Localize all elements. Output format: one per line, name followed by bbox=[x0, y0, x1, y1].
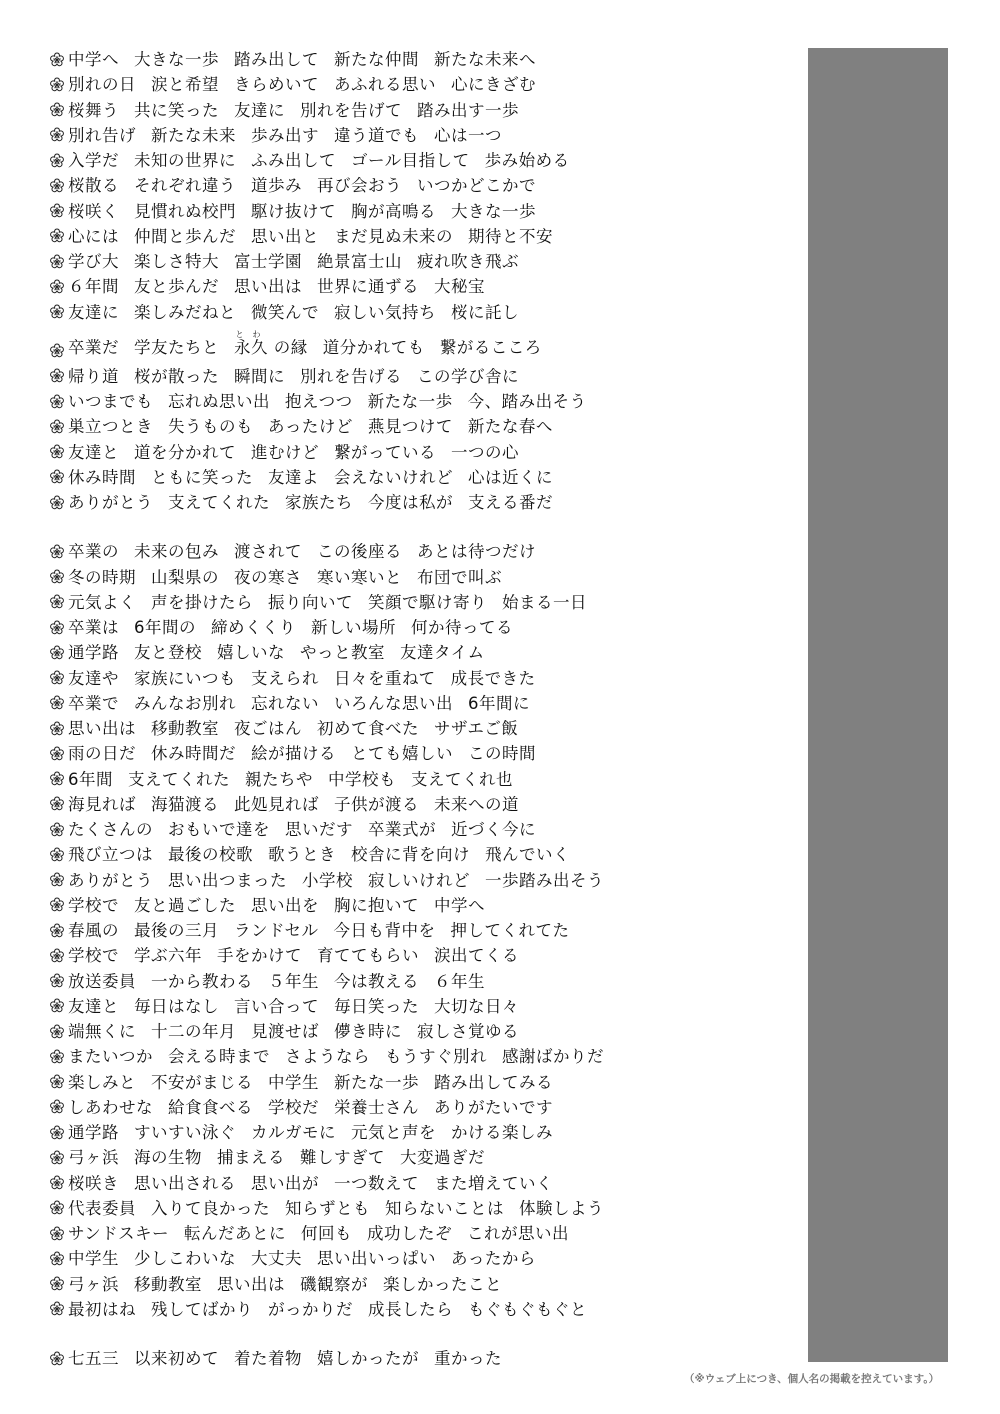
poem-segment: 卒業の bbox=[68, 539, 119, 564]
sakura-flower-icon bbox=[48, 443, 66, 461]
poem-segment: 海猫渡る bbox=[151, 792, 219, 817]
sakura-flower-icon bbox=[48, 101, 66, 119]
poem-segment: 帰り道 bbox=[68, 364, 119, 389]
poem-segment: 絶景富士山 bbox=[317, 249, 402, 274]
poem-line: 七五三以来初めて着た着物嬉しかったが重かった bbox=[48, 1346, 788, 1371]
poem-segment: 一歩踏み出そう bbox=[485, 868, 604, 893]
poem-segment: それぞれ違う bbox=[134, 173, 236, 198]
poem-segment: 大きな一歩 bbox=[451, 199, 536, 224]
poem-segment: 6年間 bbox=[68, 767, 113, 792]
poem-segment: ありがとう bbox=[68, 868, 153, 893]
poem-segment: 育ててもらい bbox=[317, 943, 419, 968]
poem-segment: 手をかけて bbox=[217, 943, 302, 968]
poem-segment: 桜咲く bbox=[68, 199, 119, 224]
poem-segment: 栄養士さん bbox=[334, 1095, 419, 1120]
poem-segment: 学び大 bbox=[68, 249, 119, 274]
poem-line: 桜咲く見慣れぬ校門駆け抜けて胸が高鳴る大きな一歩 bbox=[48, 199, 788, 224]
poem-segment: あとは待つだけ bbox=[417, 539, 536, 564]
sakura-flower-icon bbox=[48, 393, 66, 411]
poem-segment: 道分かれても bbox=[323, 331, 425, 364]
poem-line: ありがとう思い出つまった小学校寂しいけれど一歩踏み出そう bbox=[48, 868, 788, 893]
poem-segment: 笑顔で駆け寄り bbox=[368, 590, 487, 615]
poem-segment: 瞬間に bbox=[234, 364, 285, 389]
sakura-flower-icon bbox=[48, 338, 66, 356]
poem-segment: また増えていく bbox=[434, 1171, 553, 1196]
poem-segment: 進むけど bbox=[251, 440, 319, 465]
poem-segment: 入学だ bbox=[68, 148, 119, 173]
poem-line: ６年間友と歩んだ思い出は世界に通ずる大秘宝 bbox=[48, 274, 788, 299]
poem-segment: 別れの日 bbox=[68, 72, 136, 97]
poem-line: 中学生少しこわいな大丈夫思い出いっぱいあったから bbox=[48, 1246, 788, 1271]
sakura-flower-icon bbox=[48, 720, 66, 738]
poem-segment: 未来の包み bbox=[134, 539, 219, 564]
poem-segment: 夜の寒さ bbox=[234, 565, 302, 590]
poem-segment: 何か待ってる bbox=[411, 615, 513, 640]
ruby-suffix: の縁 bbox=[274, 338, 308, 357]
poem-segment: 心は近くに bbox=[468, 465, 553, 490]
poem-segment: 言い合って bbox=[234, 994, 319, 1019]
poem-line-ruby: 卒業だ 学友たちと 永久とわ の縁 道分かれても 繋がるこころ bbox=[48, 325, 788, 364]
poem-line: 通学路すいすい泳ぐカルガモに元気と声をかける楽しみ bbox=[48, 1120, 788, 1145]
poem-segment: しあわせな bbox=[68, 1095, 153, 1120]
sakura-flower-icon bbox=[48, 972, 66, 990]
poem-segment: もぐもぐもぐと bbox=[468, 1297, 587, 1322]
poem-segment: 桜舞う bbox=[68, 98, 119, 123]
poem-segment: とても嬉しい bbox=[351, 741, 453, 766]
poem-segment: 移動教室 bbox=[134, 1272, 202, 1297]
poem-line: 飛び立つは最後の校歌歌うとき校舎に背を向け飛んでいく bbox=[48, 842, 788, 867]
poem-segment: 着た着物 bbox=[234, 1346, 302, 1371]
poem-segment: 家族にいつも bbox=[134, 666, 236, 691]
poem-line: 放送委員一から教わる５年生今は教える６年生 bbox=[48, 969, 788, 994]
sakura-flower-icon bbox=[48, 795, 66, 813]
poem-line: 桜咲き思い出される思い出が一つ数えてまた増えていく bbox=[48, 1171, 788, 1196]
poem-segment: 家族たち bbox=[285, 490, 353, 515]
sakura-flower-icon bbox=[48, 1250, 66, 1268]
poem-segment: 捕まえる bbox=[217, 1145, 285, 1170]
poem-segment: 燕見つけて bbox=[368, 414, 453, 439]
poem-segment: 見渡せば bbox=[251, 1019, 319, 1044]
poem-segment: 富士学園 bbox=[234, 249, 302, 274]
poem-segment: この学び舎に bbox=[417, 364, 519, 389]
poem-segment: 重かった bbox=[434, 1346, 502, 1371]
sakura-flower-icon bbox=[48, 51, 66, 69]
poem-segment: 一つの心 bbox=[451, 440, 519, 465]
poem-segment: 見慣れぬ校門 bbox=[134, 199, 236, 224]
poem-segment: 違う道でも bbox=[334, 123, 419, 148]
poem-line: 思い出は移動教室夜ごはん初めて食べたサザエご飯 bbox=[48, 716, 788, 741]
poem-segment: 最初はね bbox=[68, 1297, 136, 1322]
poem-line: しあわせな給食食べる学校だ栄養士さんありがたいです bbox=[48, 1095, 788, 1120]
poem-segment: 毎日はなし bbox=[134, 994, 219, 1019]
poem-line: 友達や家族にいつも支えられ日々を重ねて成長できた bbox=[48, 666, 788, 691]
poem-segment: 元気と声を bbox=[351, 1120, 436, 1145]
poem-segment: 別れを告げて bbox=[300, 98, 402, 123]
poem-segment: 毎日笑った bbox=[334, 994, 419, 1019]
poem-segment: 冬の時期 bbox=[68, 565, 136, 590]
poem-segment: 学ぶ六年 bbox=[134, 943, 202, 968]
poem-line: 別れの日涙と希望きらめいてあふれる思い心にきざむ bbox=[48, 72, 788, 97]
poem-segment: 新しい場所 bbox=[311, 615, 396, 640]
poem-segment: 少しこわいな bbox=[134, 1246, 236, 1271]
poem-segment: 新たな仲間 bbox=[334, 47, 419, 72]
poem-segment: 再び会おう bbox=[317, 173, 402, 198]
poem-line: 学校で友と過ごした思い出を胸に抱いて中学へ bbox=[48, 893, 788, 918]
poem-segment: 七五三 bbox=[68, 1346, 119, 1371]
poem-line: たくさんのおもいで達を思いだす卒業式が近づく今に bbox=[48, 817, 788, 842]
sakura-flower-icon bbox=[48, 1174, 66, 1192]
poem-segment: 今、踏み出そう bbox=[468, 389, 587, 414]
poem-line: 桜舞う共に笑った友達に別れを告げて踏み出す一歩 bbox=[48, 98, 788, 123]
poem-segment: 心にきざむ bbox=[451, 72, 536, 97]
poem-segment: がっかりだ bbox=[268, 1297, 353, 1322]
poem-segment: この後座る bbox=[317, 539, 402, 564]
poem-segment: 最後の三月 bbox=[134, 918, 219, 943]
poem-segment: 始まる一日 bbox=[502, 590, 587, 615]
sakura-flower-icon bbox=[48, 871, 66, 889]
poem-segment: 中学へ bbox=[68, 47, 119, 72]
sakura-flower-icon bbox=[48, 468, 66, 486]
poem-line: 入学だ未知の世界にふみ出してゴール目指して歩み始める bbox=[48, 148, 788, 173]
sakura-flower-icon bbox=[48, 947, 66, 965]
poem-line: 休み時間ともに笑った友達よ会えないけれど心は近くに bbox=[48, 465, 788, 490]
sakura-flower-icon bbox=[48, 1073, 66, 1091]
block-spacer bbox=[48, 515, 788, 539]
poem-segment: きらめいて bbox=[234, 72, 319, 97]
poem-line: 代表委員入りて良かった知らずとも知らないことは体験しよう bbox=[48, 1196, 788, 1221]
poem-segment: またいつか bbox=[68, 1044, 153, 1069]
poem-segment: 未来への道 bbox=[434, 792, 519, 817]
sakura-flower-icon bbox=[48, 1023, 66, 1041]
poem-segment: 失うものも bbox=[168, 414, 253, 439]
poem-segment: 今度は私が bbox=[368, 490, 453, 515]
poem-segment: 思い出が bbox=[251, 1171, 319, 1196]
poem-segment: 磯観察が bbox=[300, 1272, 368, 1297]
poem-segment: 桜が散った bbox=[134, 364, 219, 389]
poem-segment: ６年生 bbox=[434, 969, 485, 994]
poem-line: 元気よく声を掛けたら振り向いて笑顔で駆け寄り始まる一日 bbox=[48, 590, 788, 615]
poem-segment: 大きな一歩 bbox=[134, 47, 219, 72]
sakura-flower-icon bbox=[48, 418, 66, 436]
poem-segment: 大秘宝 bbox=[434, 274, 485, 299]
poem-segment: サザエご飯 bbox=[434, 716, 518, 741]
poem-segment: 友と登校 bbox=[134, 640, 202, 665]
poem-segment: これが思い出 bbox=[467, 1221, 569, 1246]
poem-segment: 山梨県の bbox=[151, 565, 219, 590]
poem-segment: ありがたいです bbox=[434, 1095, 553, 1120]
poem-line: 卒業の未来の包み渡されてこの後座るあとは待つだけ bbox=[48, 539, 788, 564]
sakura-flower-icon bbox=[48, 669, 66, 687]
poem-line: サンドスキー転んだあとに何回も成功したぞこれが思い出 bbox=[48, 1221, 788, 1246]
poem-segment: 友達と bbox=[68, 440, 119, 465]
poem-line: 冬の時期山梨県の夜の寒さ寒い寒いと布団で叫ぶ bbox=[48, 565, 788, 590]
poem-segment: 思い出は bbox=[68, 716, 136, 741]
poem-segment: 一から教わる bbox=[151, 969, 253, 994]
poem-segment: 海の生物 bbox=[134, 1145, 202, 1170]
poem-segment: 会えないけれど bbox=[334, 465, 453, 490]
poem-segment: ５年生 bbox=[268, 969, 319, 994]
sakura-flower-icon bbox=[48, 997, 66, 1015]
poem-segment: 涙出てくる bbox=[434, 943, 519, 968]
sakura-flower-icon bbox=[48, 568, 66, 586]
poem-line: 桜散るそれぞれ違う道歩み再び会おういつかどこかで bbox=[48, 173, 788, 198]
poem-segment: 何回も bbox=[301, 1221, 352, 1246]
poem-segment: 学校で bbox=[68, 893, 119, 918]
poem-line: ありがとう支えてくれた家族たち今度は私が支える番だ bbox=[48, 490, 788, 515]
poem-segment: ランドセル bbox=[234, 918, 319, 943]
poem-line: 中学へ大きな一歩踏み出して新たな仲間新たな未来へ bbox=[48, 47, 788, 72]
poem-segment: かける楽しみ bbox=[451, 1120, 553, 1145]
poem-segment: 子供が渡る bbox=[334, 792, 419, 817]
poem-segment: 踏み出して bbox=[234, 47, 319, 72]
poem-segment: 仲間と歩んだ bbox=[134, 224, 236, 249]
poem-segment: 休み時間 bbox=[68, 465, 136, 490]
sakura-flower-icon bbox=[48, 644, 66, 662]
poem-segment: 入りて良かった bbox=[151, 1196, 270, 1221]
poem-segment: 道歩み bbox=[251, 173, 302, 198]
poem-segment: 支えてくれ也 bbox=[411, 767, 513, 792]
poem-segment: あったから bbox=[451, 1246, 536, 1271]
poem-segment: 親たちや bbox=[245, 767, 313, 792]
gray-side-panel bbox=[808, 48, 948, 1362]
poem-segment: 忘れない bbox=[251, 691, 319, 716]
poem-segment: 声を掛けたら bbox=[151, 590, 253, 615]
poem-segment: 卒業だ bbox=[68, 331, 119, 364]
poem-segment: 歌うとき bbox=[268, 842, 336, 867]
poem-segment: 弓ヶ浜 bbox=[68, 1145, 119, 1170]
poem-line: 卒業は6年間の締めくくり新しい場所何か待ってる bbox=[48, 615, 788, 640]
poem-segment: 海見れば bbox=[68, 792, 136, 817]
poem-segment: 支える番だ bbox=[468, 490, 553, 515]
poem-segment: 胸に抱いて bbox=[334, 893, 419, 918]
poem-segment: あふれる思い bbox=[334, 72, 436, 97]
poem-segment: 桜散る bbox=[68, 173, 119, 198]
poem-segment: 思い出つまった bbox=[168, 868, 287, 893]
poem-segment: まだ見ぬ未来の bbox=[334, 224, 453, 249]
sakura-flower-icon bbox=[48, 821, 66, 839]
poem-segment: 新たな一歩 bbox=[334, 1070, 419, 1095]
poem-segment: 思いだす bbox=[285, 817, 353, 842]
poem-segment: 忘れぬ思い出 bbox=[168, 389, 270, 414]
poem-segment: 学校だ bbox=[268, 1095, 319, 1120]
poem-segment: 成長できた bbox=[451, 666, 536, 691]
poem-segment: 桜に託し bbox=[451, 300, 519, 325]
poem-segment: 弓ヶ浜 bbox=[68, 1272, 119, 1297]
sakura-flower-icon bbox=[48, 494, 66, 512]
poem-segment: 友と過ごした bbox=[134, 893, 236, 918]
poem-segment: 寂しい気持ち bbox=[334, 300, 436, 325]
poem-line: 友達と毎日はなし言い合って毎日笑った大切な日々 bbox=[48, 994, 788, 1019]
sakura-flower-icon bbox=[48, 76, 66, 94]
poem-segment: いろんな思い出 bbox=[334, 691, 453, 716]
poem-segment: 十二の年月 bbox=[151, 1019, 236, 1044]
sakura-flower-icon bbox=[48, 896, 66, 914]
sakura-flower-icon bbox=[48, 593, 66, 611]
poem-segment: 一つ数えて bbox=[334, 1171, 419, 1196]
poem-line: 心には仲間と歩んだ思い出とまだ見ぬ未来の期待と不安 bbox=[48, 224, 788, 249]
poem-segment: 成長したら bbox=[368, 1297, 453, 1322]
poem-segment: 歩み始める bbox=[485, 148, 570, 173]
poem-segment: もうすぐ別れ bbox=[385, 1044, 487, 1069]
poem-segment: 中学生 bbox=[268, 1070, 319, 1095]
poem-segment: 思い出される bbox=[134, 1171, 236, 1196]
poem-segment-with-ruby: 永久とわ の縁 bbox=[234, 330, 308, 364]
poem-segment: 知らないことは bbox=[385, 1196, 504, 1221]
poem-line: 学び大楽しさ特大富士学園絶景富士山疲れ吹き飛ぶ bbox=[48, 249, 788, 274]
poem-segment: カルガモに bbox=[251, 1120, 336, 1145]
poem-segment: 布団で叫ぶ bbox=[417, 565, 502, 590]
poem-segment: 期待と不安 bbox=[468, 224, 553, 249]
poem-segment: 歩み出す bbox=[251, 123, 319, 148]
poem-segment: ６年間 bbox=[68, 274, 119, 299]
poem-block-1-continued: 帰り道桜が散った瞬間に別れを告げるこの学び舎にいつまでも忘れぬ思い出抱えつつ新た… bbox=[48, 364, 788, 516]
furigana: とわ bbox=[234, 330, 268, 339]
sakura-flower-icon bbox=[48, 770, 66, 788]
poem-line: いつまでも忘れぬ思い出抱えつつ新たな一歩今、踏み出そう bbox=[48, 389, 788, 414]
sakura-flower-icon bbox=[48, 1350, 66, 1368]
poem-segment: 思い出いっぱい bbox=[317, 1246, 436, 1271]
poem-segment: やっと教室 bbox=[300, 640, 385, 665]
poem-segment: 繋がっている bbox=[334, 440, 436, 465]
poem-segment: 嬉しいな bbox=[217, 640, 285, 665]
poem-line: 友達に楽しみだねと微笑んで寂しい気持ち桜に託し bbox=[48, 300, 788, 325]
poem-segment: 新たな一歩 bbox=[368, 389, 453, 414]
sakura-flower-icon bbox=[48, 126, 66, 144]
poem-segment: おもいで達を bbox=[168, 817, 270, 842]
sakura-flower-icon bbox=[48, 1124, 66, 1142]
sakura-flower-icon bbox=[48, 1275, 66, 1293]
poem-segment: 不安がまじる bbox=[151, 1070, 253, 1095]
poem-segment: 微笑んで bbox=[251, 300, 319, 325]
poem-segment: ともに笑った bbox=[151, 465, 253, 490]
poem-segment: 中学へ bbox=[434, 893, 485, 918]
poem-segment: 感謝ばかりだ bbox=[502, 1044, 604, 1069]
poem-segment: 大丈夫 bbox=[251, 1246, 302, 1271]
poem-list: 中学へ大きな一歩踏み出して新たな仲間新たな未来へ別れの日涙と希望きらめいてあふれ… bbox=[48, 47, 788, 1371]
poem-segment: 大切な日々 bbox=[434, 994, 519, 1019]
poem-segment: 新たな未来 bbox=[151, 123, 236, 148]
poem-segment: 卒業で bbox=[68, 691, 119, 716]
sakura-flower-icon bbox=[48, 227, 66, 245]
sakura-flower-icon bbox=[48, 152, 66, 170]
poem-segment: 世界に通ずる bbox=[317, 274, 419, 299]
poem-segment: 思い出は bbox=[217, 1272, 285, 1297]
poem-segment: 踏み出してみる bbox=[434, 1070, 553, 1095]
poem-segment: 此処見れば bbox=[234, 792, 319, 817]
poem-segment: 心は一つ bbox=[434, 123, 502, 148]
poem-segment: 友達に bbox=[68, 300, 119, 325]
poem-segment: 成功したぞ bbox=[367, 1221, 452, 1246]
poem-block-3: 七五三以来初めて着た着物嬉しかったが重かった bbox=[48, 1346, 788, 1371]
poem-line: 6年間支えてくれた親たちや中学校も支えてくれ也 bbox=[48, 767, 788, 792]
poem-line: 別れ告げ新たな未来歩み出す違う道でも心は一つ bbox=[48, 123, 788, 148]
poem-segment: さようなら bbox=[285, 1044, 370, 1069]
poem-segment: 転んだあとに bbox=[184, 1221, 286, 1246]
sakura-flower-icon bbox=[48, 1300, 66, 1318]
poem-segment: 知らずとも bbox=[285, 1196, 370, 1221]
poem-segment: 楽しかったこと bbox=[383, 1272, 502, 1297]
sakura-flower-icon bbox=[48, 278, 66, 296]
poem-line: 巣立つとき失うものもあったけど燕見つけて新たな春へ bbox=[48, 414, 788, 439]
poem-segment: 抱えつつ bbox=[285, 389, 353, 414]
poem-segment: ゴール目指して bbox=[351, 148, 470, 173]
poem-segment: ふみ出して bbox=[251, 148, 336, 173]
poem-segment: 寂しいけれど bbox=[368, 868, 470, 893]
poem-segment: 最後の校歌 bbox=[168, 842, 253, 867]
poem-segment: サンドスキー bbox=[68, 1221, 169, 1246]
poem-segment: 絵が描ける bbox=[251, 741, 336, 766]
sakura-flower-icon bbox=[48, 367, 66, 385]
sakura-flower-icon bbox=[48, 543, 66, 561]
poem-segment: 学友たちと bbox=[134, 331, 219, 364]
poem-segment: 小学校 bbox=[302, 868, 353, 893]
poem-line: 端無くに十二の年月見渡せば儚き時に寂しさ覚ゆる bbox=[48, 1019, 788, 1044]
sakura-flower-icon bbox=[48, 202, 66, 220]
poem-segment: 涙と希望 bbox=[151, 72, 219, 97]
poem-segment: 振り向いて bbox=[268, 590, 353, 615]
poem-segment: 通学路 bbox=[68, 1120, 119, 1145]
sakura-flower-icon bbox=[48, 694, 66, 712]
poem-segment: 大変過ぎだ bbox=[400, 1145, 485, 1170]
poem-segment: 雨の日だ bbox=[68, 741, 136, 766]
poem-segment: 新たな未来へ bbox=[434, 47, 536, 72]
poem-segment: 中学生 bbox=[68, 1246, 119, 1271]
poem-segment: 初めて食べた bbox=[317, 716, 419, 741]
poem-line: 友達と道を分かれて進むけど繋がっている一つの心 bbox=[48, 440, 788, 465]
poem-segment: あったけど bbox=[268, 414, 353, 439]
poem-segment: 夜ごはん bbox=[234, 716, 302, 741]
poem-segment: 学校で bbox=[68, 943, 119, 968]
sakura-flower-icon bbox=[48, 253, 66, 271]
poem-segment: 踏み出す一歩 bbox=[417, 98, 519, 123]
poem-line: 帰り道桜が散った瞬間に別れを告げるこの学び舎に bbox=[48, 364, 788, 389]
poem-segment: 嬉しかったが bbox=[317, 1346, 419, 1371]
poem-segment: 元気よく bbox=[68, 590, 136, 615]
poem-segment: 飛んでいく bbox=[485, 842, 570, 867]
poem-segment: 今は教える bbox=[334, 969, 419, 994]
poem-segment: 卒業は bbox=[68, 615, 119, 640]
poem-segment: 6年間の bbox=[134, 615, 196, 640]
poem-segment: この時間 bbox=[468, 741, 536, 766]
poem-segment: 飛び立つは bbox=[68, 842, 153, 867]
sakura-flower-icon bbox=[48, 745, 66, 763]
poem-segment: 胸が高鳴る bbox=[351, 199, 436, 224]
poem-block-1: 中学へ大きな一歩踏み出して新たな仲間新たな未来へ別れの日涙と希望きらめいてあふれ… bbox=[48, 47, 788, 325]
poem-segment: 思い出を bbox=[251, 893, 319, 918]
poem-segment: 寒い寒いと bbox=[317, 565, 402, 590]
poem-segment: 儚き時に bbox=[334, 1019, 402, 1044]
sakura-flower-icon bbox=[48, 922, 66, 940]
poem-segment: 今日も背中を bbox=[334, 918, 436, 943]
sakura-flower-icon bbox=[48, 177, 66, 195]
poem-segment: 支えてくれた bbox=[168, 490, 270, 515]
poem-segment: ありがとう bbox=[68, 490, 153, 515]
poem-segment: 代表委員 bbox=[68, 1196, 136, 1221]
poem-segment: 道を分かれて bbox=[134, 440, 236, 465]
poem-segment: 桜咲き bbox=[68, 1171, 119, 1196]
poem-segment: 端無くに bbox=[68, 1019, 136, 1044]
poem-line: 楽しみと不安がまじる中学生新たな一歩踏み出してみる bbox=[48, 1070, 788, 1095]
poem-segment: 6年間に bbox=[468, 691, 530, 716]
poem-segment: 友達タイム bbox=[400, 640, 485, 665]
poem-segment: 日々を重ねて bbox=[334, 666, 436, 691]
poem-segment: 思い出と bbox=[251, 224, 319, 249]
poem-line: 春風の最後の三月ランドセル今日も背中を押してくれてた bbox=[48, 918, 788, 943]
poem-segment: 疲れ吹き飛ぶ bbox=[417, 249, 519, 274]
poem-segment: 楽しみと bbox=[68, 1070, 136, 1095]
poem-segment: 残してばかり bbox=[151, 1297, 253, 1322]
poem-segment: いつかどこかで bbox=[417, 173, 536, 198]
